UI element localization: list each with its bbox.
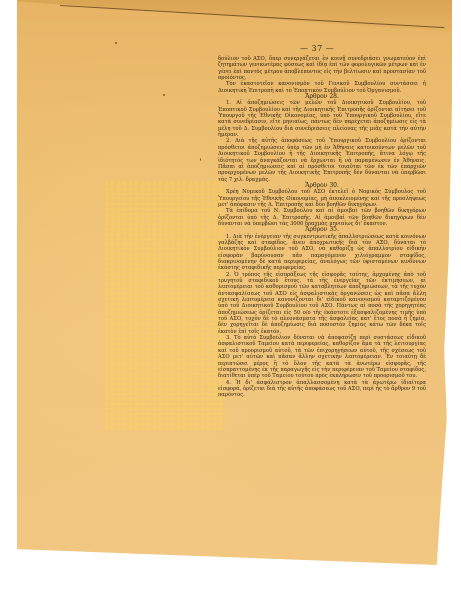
text-column: δούλιον τοῦ ΑΣΟ, ὅπερ συνεργάζεται ἐν κο… xyxy=(218,56,426,399)
paper-speck xyxy=(200,158,201,161)
paragraph: Τὰ ἐπίδομα τοῦ Ν. Συμβούλου καὶ αἱ ἀμοιβ… xyxy=(218,208,426,227)
show-through-ink xyxy=(105,180,225,430)
paragraph: 2. Διὰ τῆς αὐτῆς ἀποφάσεως τοῦ Ὑπουργικο… xyxy=(218,138,426,182)
paragraph: 2. Ὁ τρόπος τῆς εἰσπράξεως τῆς εἰσφορᾶς … xyxy=(218,272,426,335)
paper-speck xyxy=(163,94,165,96)
paragraph: 3. Τὸ αὐτὸ Συμβούλιον δύναται νὰ ἀποφασί… xyxy=(218,335,426,379)
paper-speck xyxy=(115,42,117,44)
paragraph: 1. Διὰ τὴν ἐνέργειαν τῆς συγκεντρωτικῆς … xyxy=(218,234,426,272)
paragraph: 1. Αἱ ἀποζημιώσεις τῶν μελῶν τοῦ Διοικητ… xyxy=(218,100,426,138)
paragraph: δούλιον τοῦ ΑΣΟ, ὅπερ συνεργάζεται ἐν κο… xyxy=(218,56,426,81)
paragraph: 4. Ἡ δι' ἀσφάλιστρον ἀπαλλασσομένη κατὰ … xyxy=(218,380,426,399)
paragraph: Χρέη Νομικοῦ Συμβούλου τοῦ ΑΣΟ ἐκτελεῖ ὁ… xyxy=(218,189,426,208)
page-number: — 37 — xyxy=(300,44,334,53)
